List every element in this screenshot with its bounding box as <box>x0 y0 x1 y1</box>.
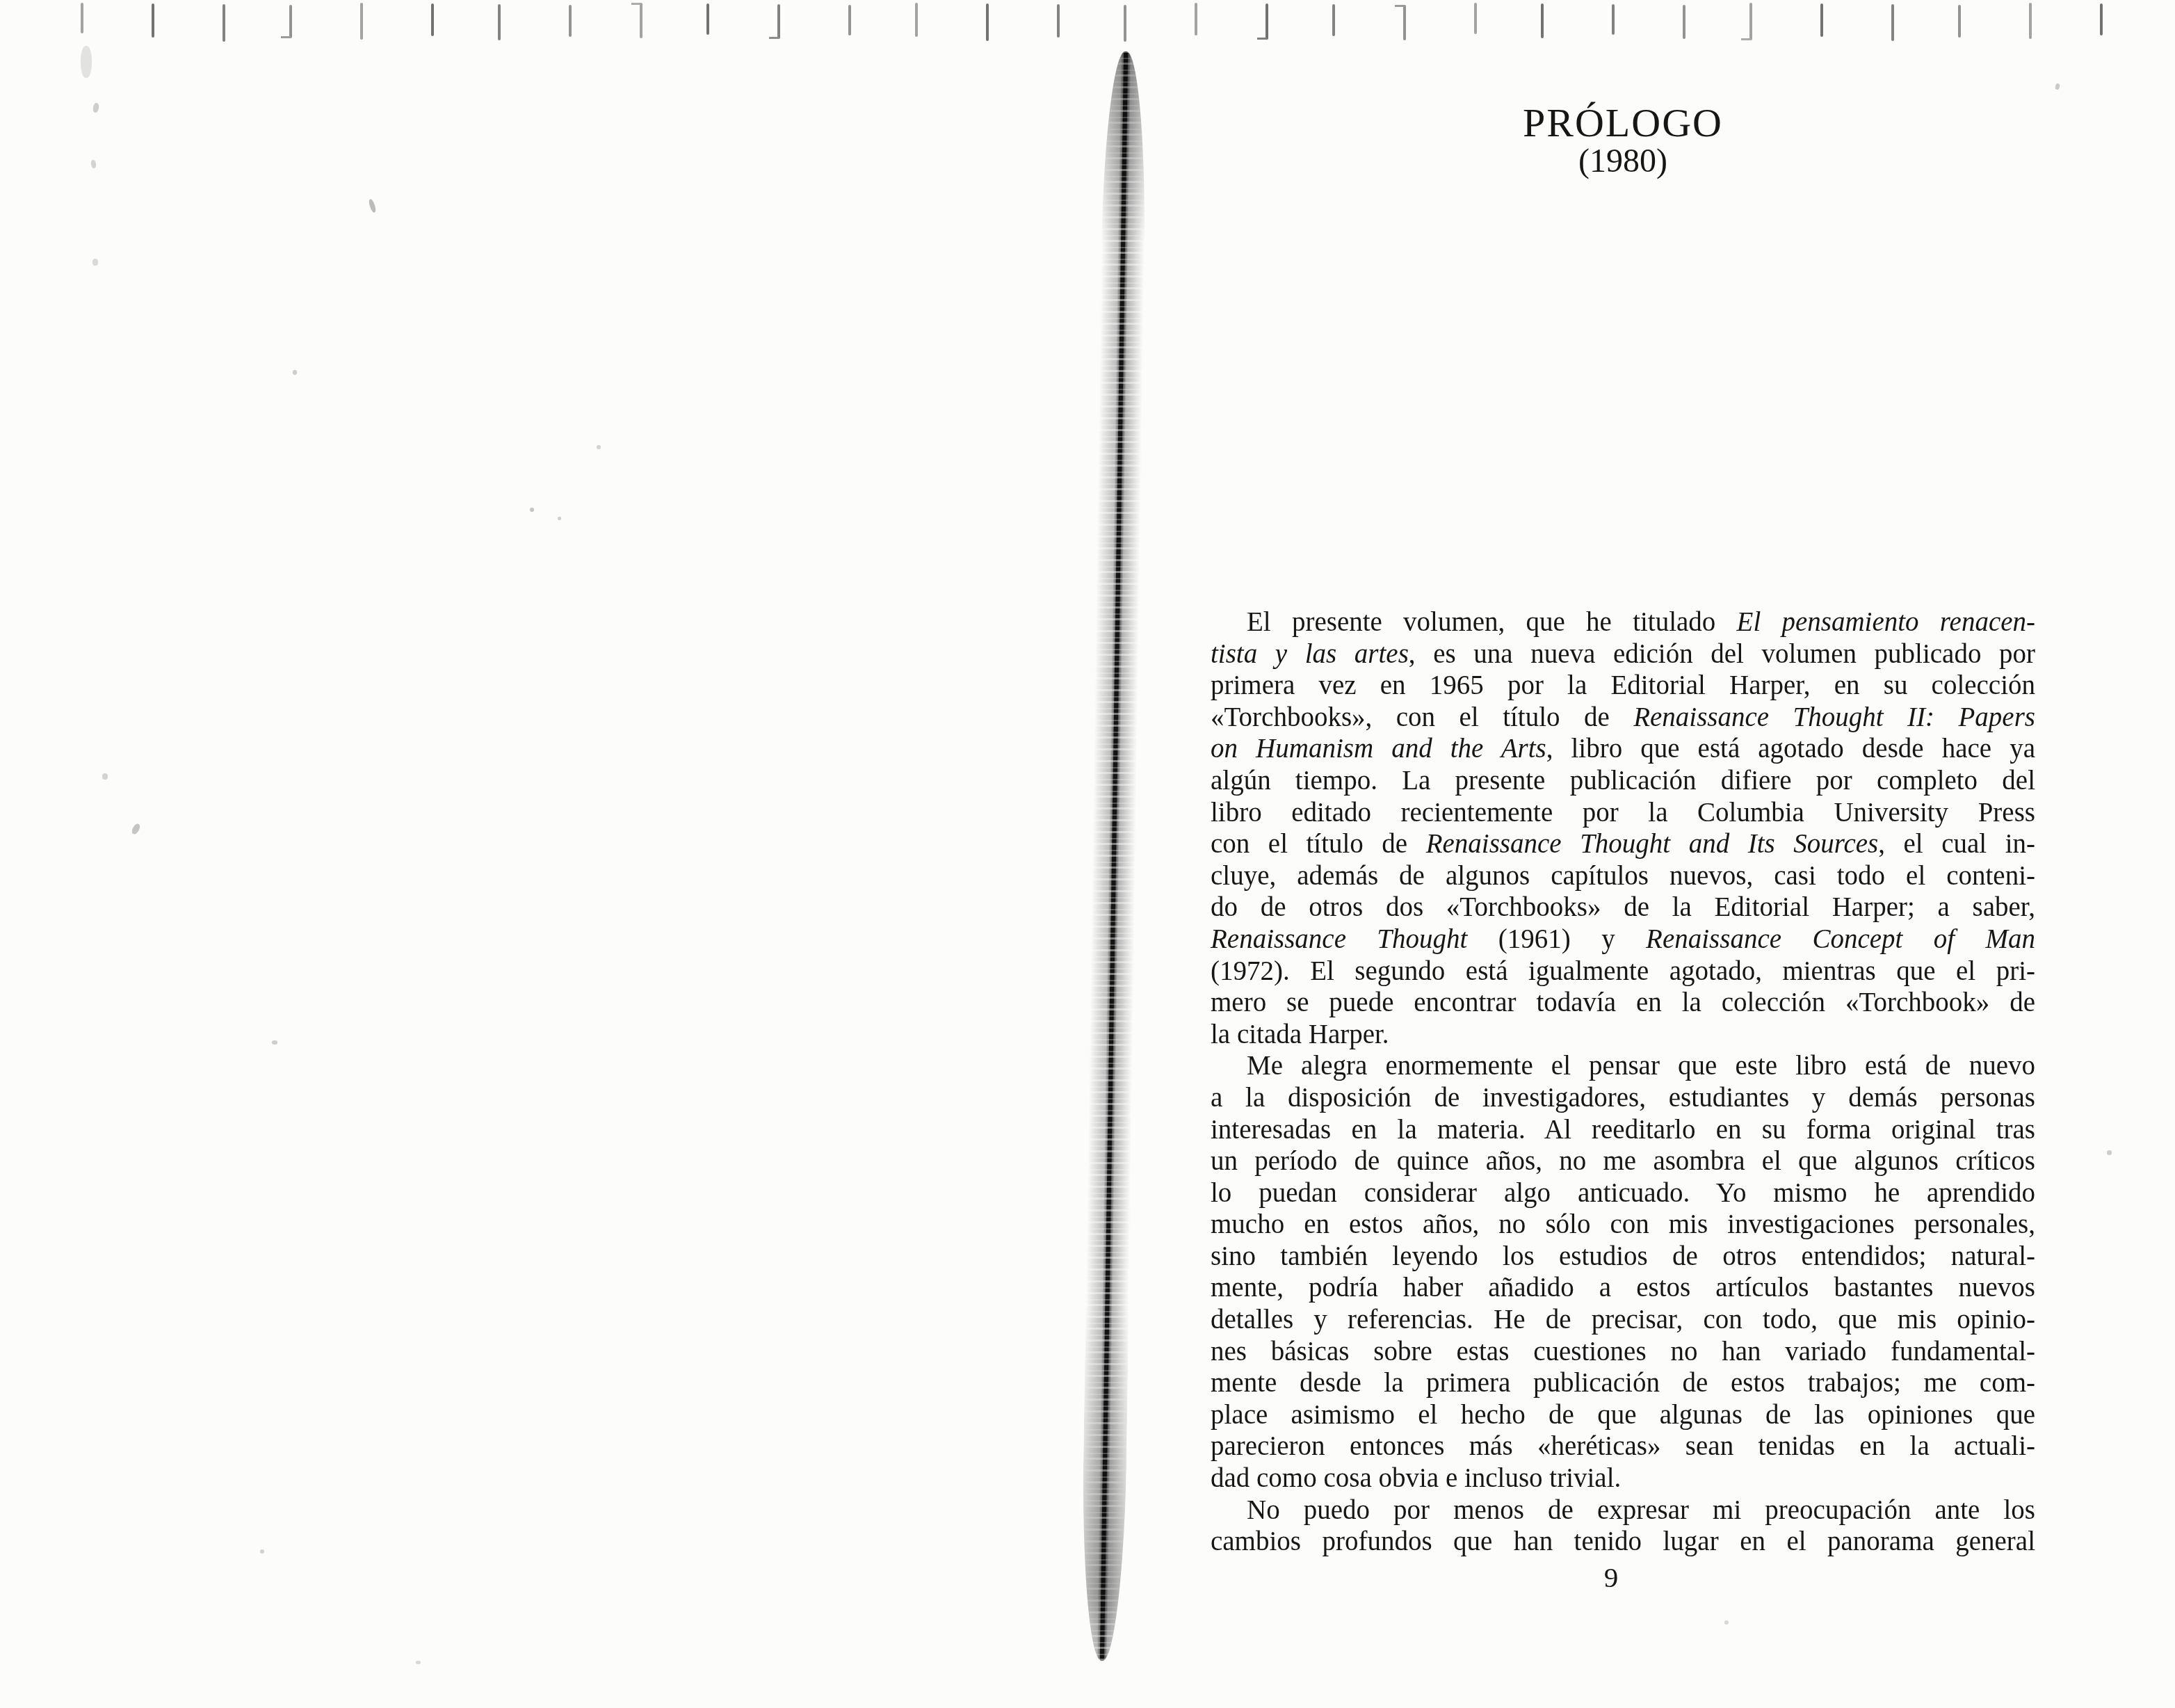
text-line: «Torchbooks», con el título de Renaissan… <box>1211 702 2035 734</box>
text-segment: cambios profundos que han tenido lugar e… <box>1211 1526 2035 1556</box>
scanner-speck <box>2055 83 2060 90</box>
binding-tick-mark <box>1403 5 1406 40</box>
text-line: dad como cosa obvia e incluso trivial. <box>1211 1463 2035 1494</box>
text-line: place asimismo el hecho de que algunas d… <box>1211 1399 2035 1431</box>
text-segment: mente, podría haber añadido a estos artí… <box>1211 1273 2035 1303</box>
text-segment: (1972). El segundo está igualmente agota… <box>1211 956 2035 986</box>
text-line: parecieron entonces más «heréticas» sean… <box>1211 1431 2035 1463</box>
text-segment: El presente volumen, que he titulado <box>1247 607 1737 637</box>
text-line: con el título de Renaissance Thought and… <box>1211 828 2035 860</box>
text-segment: primera vez en 1965 por la Editorial Har… <box>1211 670 2035 700</box>
text-line: El presente volumen, que he titulado El … <box>1211 606 2035 638</box>
italic-text-segment: El pensamiento renacen- <box>1737 607 2035 637</box>
text-line: do de otros dos «Torchbooks» de la Edito… <box>1211 892 2035 924</box>
text-segment: libro editado recientemente por la Colum… <box>1211 798 2035 828</box>
binding-tick-mark <box>1124 5 1126 42</box>
text-segment: con el título de <box>1211 829 1426 859</box>
scanner-speck <box>92 259 98 266</box>
binding-tick-mark <box>1195 3 1197 35</box>
italic-text-segment: Renaissance Concept of Man <box>1646 924 2035 954</box>
binding-tick-mark <box>1332 4 1335 36</box>
text-line: mente desde la primera publicación de es… <box>1211 1367 2035 1399</box>
text-segment: , es una nueva edición del volumen publi… <box>1409 639 2035 669</box>
text-line: interesadas en la materia. Al reeditarlo… <box>1211 1114 2035 1146</box>
scanner-speck <box>81 46 92 78</box>
text-line: lo puedan considerar algo anticuado. Yo … <box>1211 1177 2035 1209</box>
text-line: mente, podría haber añadido a estos artí… <box>1211 1272 2035 1304</box>
text-line: tista y las artes, es una nueva edición … <box>1211 638 2035 670</box>
text-line: primera vez en 1965 por la Editorial Har… <box>1211 670 2035 702</box>
binding-tick-mark <box>1891 4 1894 41</box>
binding-tick-mark <box>1820 3 1823 37</box>
text-segment: a la disposición de investigadores, estu… <box>1211 1083 2035 1113</box>
italic-text-segment: Renaissance Thought II: Papers <box>1633 702 2035 732</box>
text-line: cambios profundos que han tenido lugar e… <box>1211 1526 2035 1558</box>
text-line: un período de quince años, no me asombra… <box>1211 1145 2035 1177</box>
scanner-speck <box>293 370 297 375</box>
scanner-speck <box>558 517 561 520</box>
text-segment: (1961) y <box>1467 924 1646 954</box>
scanner-speck <box>597 445 601 449</box>
scanner-speck <box>1724 1620 1729 1625</box>
scanner-speck <box>2107 1150 2112 1155</box>
binding-tick-mark <box>2029 3 2032 39</box>
text-segment: sino también leyendo los estudios de otr… <box>1211 1241 2035 1271</box>
text-line: (1972). El segundo está igualmente agota… <box>1211 956 2035 988</box>
text-line: Me alegra enormemente el pensar que este… <box>1211 1050 2035 1082</box>
text-line: a la disposición de investigadores, estu… <box>1211 1082 2035 1114</box>
text-segment: cluye, además de algunos capítulos nuevo… <box>1211 861 2035 891</box>
text-line: nes básicas sobre estas cuestiones no ha… <box>1211 1336 2035 1368</box>
scanner-speck <box>530 508 534 512</box>
text-line: algún tiempo. La presente publicación di… <box>1211 765 2035 797</box>
page-subtitle: (1980) <box>1211 144 2035 179</box>
page-number: 9 <box>1211 1561 2012 1594</box>
italic-text-segment: on Humanism and the Arts <box>1211 734 1546 764</box>
binding-tick-mark <box>1612 4 1615 35</box>
text-line: mucho en estos años, no sólo con mis inv… <box>1211 1209 2035 1241</box>
text-line: detalles y referencias. He de precisar, … <box>1211 1304 2035 1336</box>
body-text: El presente volumen, que he titulado El … <box>1211 606 2035 1558</box>
italic-text-segment: Renaissance Thought <box>1211 924 1467 954</box>
text-segment: la citada Harper. <box>1211 1020 1389 1049</box>
text-segment: No puedo por menos de expresar mi preocu… <box>1247 1495 2035 1525</box>
binding-tick-mark <box>1266 3 1268 40</box>
text-line: sino también leyendo los estudios de otr… <box>1211 1241 2035 1273</box>
text-segment: un período de quince años, no me asombra… <box>1211 1146 2035 1176</box>
text-segment: dad como cosa obvia e incluso trivial. <box>1211 1463 1621 1493</box>
text-line: cluye, además de algunos capítulos nuevo… <box>1211 860 2035 892</box>
text-segment: parecieron entonces más «heréticas» sean… <box>1211 1431 2035 1461</box>
text-line: la citada Harper. <box>1211 1019 2035 1051</box>
binding-tick-mark <box>1474 3 1477 34</box>
text-segment: place asimismo el hecho de que algunas d… <box>1211 1400 2035 1430</box>
book-scan-page-spread: PRÓLOGO (1980) El presente volumen, que … <box>0 0 2175 1708</box>
text-segment: mucho en estos años, no sólo con mis inv… <box>1211 1209 2035 1239</box>
text-segment: algún tiempo. La presente publicación di… <box>1211 766 2035 796</box>
text-line: mero se puede encontrar todavía en la co… <box>1211 987 2035 1019</box>
text-segment: do de otros dos «Torchbooks» de la Edito… <box>1211 892 2035 922</box>
scanner-speck <box>272 1040 277 1045</box>
italic-text-segment: tista y las artes <box>1211 639 1409 669</box>
binding-tick-mark <box>1958 5 1961 38</box>
chapter-heading: PRÓLOGO (1980) <box>1211 102 2035 179</box>
text-segment: , libro que está agotado desde hace ya <box>1546 734 2035 764</box>
left-page-blank <box>0 0 1085 1708</box>
binding-tick-mark <box>2100 3 2103 35</box>
page-title: PRÓLOGO <box>1211 102 2035 144</box>
text-segment: mente desde la primera publicación de es… <box>1211 1368 2035 1398</box>
italic-text-segment: Renaissance Thought and Its Sources <box>1426 829 1879 859</box>
text-line: No puedo por menos de expresar mi preocu… <box>1211 1494 2035 1526</box>
text-line: Renaissance Thought (1961) y Renaissance… <box>1211 924 2035 956</box>
binding-tick-mark <box>1749 3 1752 40</box>
scanner-speck <box>102 773 108 780</box>
binding-tick-mark <box>1541 3 1544 38</box>
text-segment: interesadas en la materia. Al reeditarlo… <box>1211 1115 2035 1145</box>
text-segment: mero se puede encontrar todavía en la co… <box>1211 988 2035 1017</box>
text-segment: , el cual in- <box>1878 829 2035 859</box>
text-segment: lo puedan considerar algo anticuado. Yo … <box>1211 1178 2035 1208</box>
scanner-speck <box>260 1549 264 1554</box>
text-segment: Me alegra enormemente el pensar que este… <box>1247 1051 2035 1081</box>
binding-tick-mark <box>1683 5 1685 39</box>
text-segment: nes básicas sobre estas cuestiones no ha… <box>1211 1337 2035 1367</box>
text-line: on Humanism and the Arts, libro que está… <box>1211 733 2035 765</box>
text-line: libro editado recientemente por la Colum… <box>1211 797 2035 829</box>
scanner-speck <box>416 1661 421 1664</box>
text-segment: detalles y referencias. He de precisar, … <box>1211 1305 2035 1335</box>
book-gutter-shadow <box>1081 51 1147 1661</box>
text-segment: «Torchbooks», con el título de <box>1211 702 1633 732</box>
